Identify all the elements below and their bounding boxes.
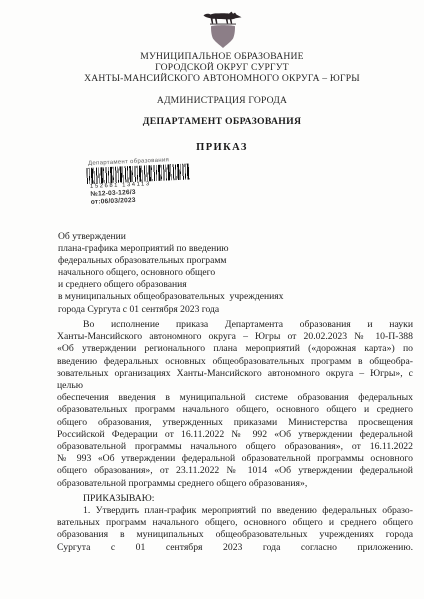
body-line: обеспечения введения в муниципальной сис… xyxy=(57,392,413,404)
department-line: ДЕПАРТАМЕНТ ОБРАЗОВАНИЯ xyxy=(10,116,424,127)
registration-stamp: Департамент образования 152681 134113 №1… xyxy=(86,156,200,206)
subject-line: федеральных образовательных программ xyxy=(58,255,283,267)
org-name-line: ХАНТЫ-МАНСИЙСКОГО АВТОНОМНОГО ОКРУГА – Ю… xyxy=(10,73,424,84)
body-line: Во исполнение приказа Департамента образ… xyxy=(57,319,413,331)
body-line: целью xyxy=(57,380,413,392)
body-line: вательных программ начального общего, ос… xyxy=(57,517,413,529)
body-text: Во исполнение приказа Департамента образ… xyxy=(57,319,413,554)
subject-line: и среднего общего образования xyxy=(58,279,283,291)
body-line: Российской Федерации от 16.11.2022 № 992… xyxy=(57,429,413,441)
subject-line: плана-графика мероприятий по введению xyxy=(58,243,283,255)
document-page: МУНИЦИПАЛЬНОЕ ОБРАЗОВАНИЕГОРОДСКОЙ ОКРУГ… xyxy=(0,0,424,599)
subject-line: в муниципальных общеобразовательных учре… xyxy=(58,291,283,303)
body-line: зовательных организациях Ханты-Мансийско… xyxy=(57,368,413,380)
subject-block: Об утвержденииплана-графика мероприятий … xyxy=(58,231,283,316)
body-line: «Об утверждении регионального плана меро… xyxy=(57,343,413,355)
document-type-title: ПРИКАЗ xyxy=(10,142,424,153)
body-line: ПРИКАЗЫВАЮ: xyxy=(57,493,413,505)
org-name-line: ГОРОДСКОЙ ОКРУГ СУРГУТ xyxy=(10,62,424,73)
org-name-line: МУНИЦИПАЛЬНОЕ ОБРАЗОВАНИЕ xyxy=(10,51,424,62)
body-line: образовательных программ начального обще… xyxy=(57,404,413,416)
subject-line: начального общего, основного общего xyxy=(58,267,283,279)
subject-line: Об утверждении xyxy=(58,231,283,243)
body-line: Сургута с 01 сентября 2023 года согласно… xyxy=(57,542,413,554)
body-line: Ханты-Мансийского автономного округа – Ю… xyxy=(57,331,413,343)
body-line: общего образования, утвержденных приказа… xyxy=(57,417,413,429)
body-line: 1. Утвердить план-график мероприятий по … xyxy=(57,505,413,517)
administration-line: АДМИНИСТРАЦИЯ ГОРОДА xyxy=(10,95,424,106)
ground-line xyxy=(210,24,236,25)
body-line: образовательной программы начального общ… xyxy=(57,441,413,453)
letterhead-org-name: МУНИЦИПАЛЬНОЕ ОБРАЗОВАНИЕГОРОДСКОЙ ОКРУГ… xyxy=(10,51,424,85)
subject-line: города Сургута с 01 сентября 2023 года xyxy=(58,304,283,316)
body-line: № 993 «Об утверждении федеральной образо… xyxy=(57,453,413,465)
body-line: общего образования», от 23.11.2022 № 101… xyxy=(57,465,413,477)
body-line: образования в муниципальных общеобразова… xyxy=(57,529,413,541)
coat-of-arms xyxy=(202,10,244,50)
body-line: образовательной программы среднего общег… xyxy=(57,478,413,490)
fox-icon xyxy=(204,12,242,24)
body-line: введению федеральных основных общеобразо… xyxy=(57,356,413,368)
shield-icon xyxy=(211,25,235,48)
